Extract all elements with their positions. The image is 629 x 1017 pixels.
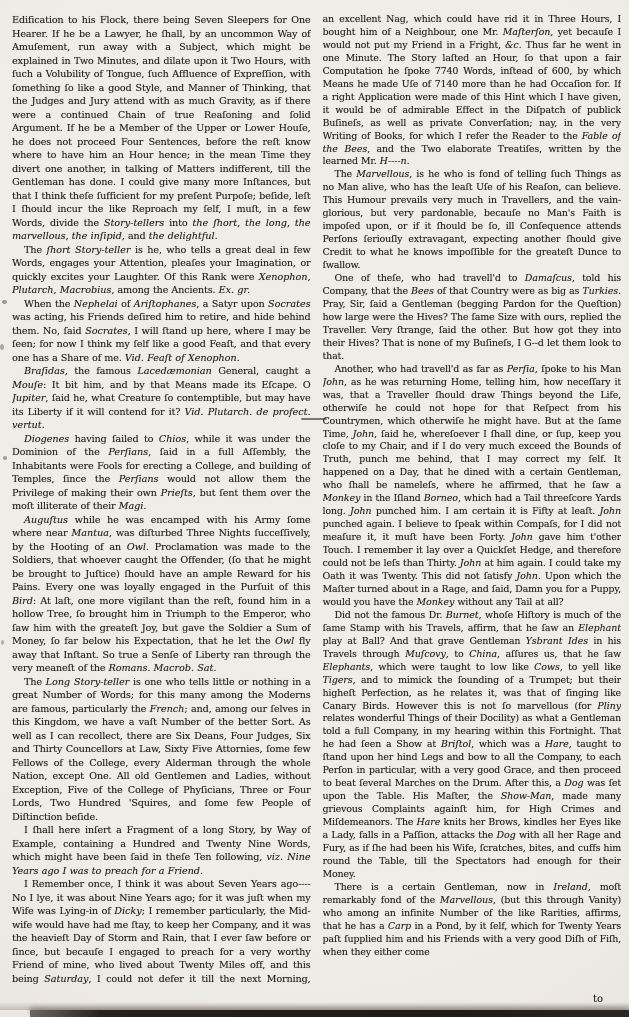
paragraph: The Marvellous, is he who is fond of tel… — [323, 169, 622, 273]
paragraph: Auguſtus while he was encamped with his … — [12, 514, 311, 676]
paragraph: an excellent Nag, which could have rid i… — [323, 14, 622, 169]
scanned-page: Edification to his Flock, there being Se… — [0, 0, 629, 1017]
paragraph: There is a certain Gentleman, now in Ire… — [323, 882, 622, 960]
paragraph: I Remember once, I think it was about Se… — [12, 878, 311, 987]
scan-speck — [2, 300, 7, 304]
paragraph: Another, who had travell'd as far as Per… — [323, 364, 622, 610]
text-column-right: an excellent Nag, which could have rid i… — [323, 14, 622, 987]
scan-speck — [0, 344, 4, 350]
paragraph: Braſidas, the famous Lacedæmonian Genera… — [12, 365, 311, 433]
text-area: Edification to his Flock, there being Se… — [12, 14, 621, 987]
scan-edge-bottom — [30, 1010, 629, 1017]
scan-speck — [3, 456, 7, 460]
paragraph: The ſhort Story-teller is he, who tells … — [12, 244, 311, 298]
scan-stray-mark — [301, 418, 327, 420]
paragraph: Did not the famous Dr. Burnet, whoſe Hiſ… — [323, 610, 622, 882]
paragraph: I ſhall here inſert a Fragment of a long… — [12, 824, 311, 878]
paragraph: The Long Story-teller is one who tells l… — [12, 676, 311, 825]
text-column-left: Edification to his Flock, there being Se… — [12, 14, 311, 987]
scan-edge-shadow — [0, 1002, 629, 1010]
paragraph: Diogenes having ſailed to Chios, while i… — [12, 433, 311, 514]
paragraph: Edification to his Flock, there being Se… — [12, 14, 311, 244]
paragraph: When the Nephelai of Ariſtophanes, a Sat… — [12, 298, 311, 366]
paragraph: One of theſe, who had travell'd to Damaſ… — [323, 273, 622, 364]
scan-speck — [1, 640, 4, 645]
